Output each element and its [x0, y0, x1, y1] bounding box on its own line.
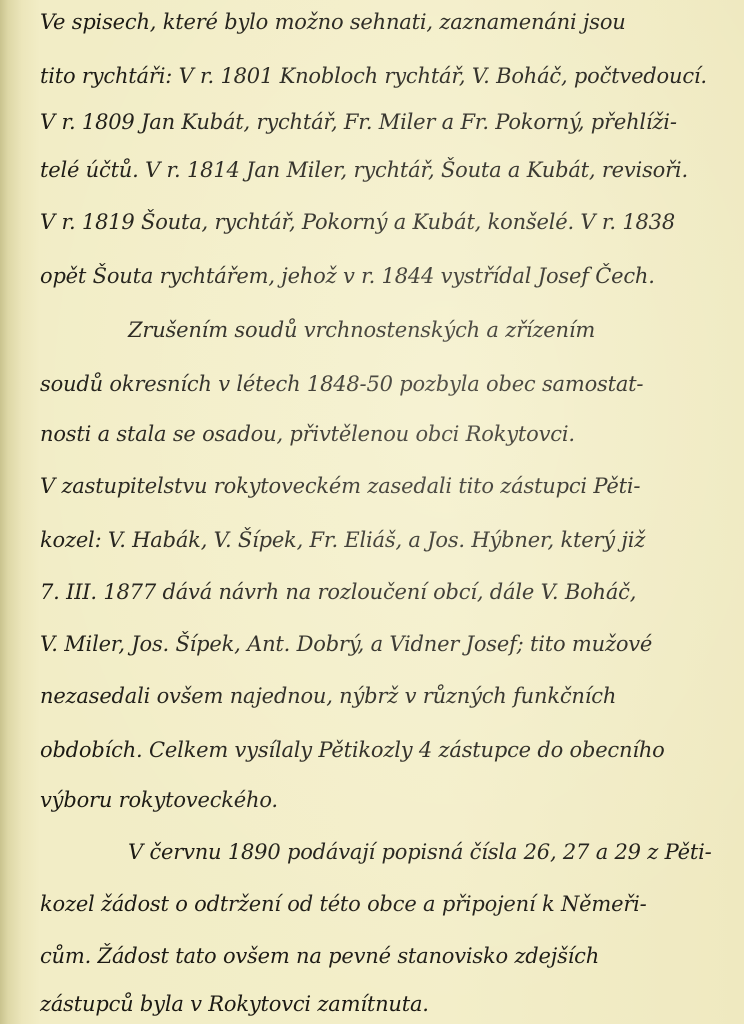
text-line: telé účtů. V r. 1814 Jan Miler, rychtář,… — [40, 158, 714, 182]
text-line: V zastupitelstvu rokytoveckém zasedali t… — [40, 474, 714, 498]
text-line: nezasedali ovšem najednou, nýbrž v různý… — [40, 684, 714, 708]
text-line: zástupců byla v Rokytovci zamítnuta. — [40, 992, 714, 1016]
manuscript-page: Ve spisech, které bylo možno sehnati, za… — [0, 0, 744, 1024]
text-line: výboru rokytoveckého. — [40, 788, 714, 812]
text-line: V. Miler, Jos. Šípek, Ant. Dobrý, a Vidn… — [40, 632, 714, 656]
text-line: Zrušením soudů vrchnostenských a zřízení… — [128, 318, 714, 342]
text-line: V červnu 1890 podávají popisná čísla 26,… — [128, 840, 714, 864]
text-line: obdobích. Celkem vysílaly Pětikozly 4 zá… — [40, 738, 714, 762]
text-line: V r. 1819 Šouta, rychtář, Pokorný a Kubá… — [40, 210, 714, 234]
text-line: nosti a stala se osadou, přivtělenou obc… — [40, 422, 714, 446]
text-line: 7. III. 1877 dává návrh na rozloučení ob… — [40, 580, 714, 604]
text-line: opět Šouta rychtářem, jehož v r. 1844 vy… — [40, 264, 714, 288]
text-line: kozel žádost o odtržení od této obce a p… — [40, 892, 714, 916]
text-line: Ve spisech, které bylo možno sehnati, za… — [40, 10, 714, 34]
text-line: soudů okresních v létech 1848-50 pozbyla… — [40, 372, 714, 396]
text-line: V r. 1809 Jan Kubát, rychtář, Fr. Miler … — [40, 110, 714, 134]
text-line: tito rychtáři: V r. 1801 Knobloch rychtá… — [40, 64, 714, 88]
text-line: kozel: V. Habák, V. Šípek, Fr. Eliáš, a … — [40, 528, 714, 552]
text-line: cům. Žádost tato ovšem na pevné stanovis… — [40, 944, 714, 968]
manuscript-text: Ve spisech, které bylo možno sehnati, za… — [0, 0, 744, 1024]
